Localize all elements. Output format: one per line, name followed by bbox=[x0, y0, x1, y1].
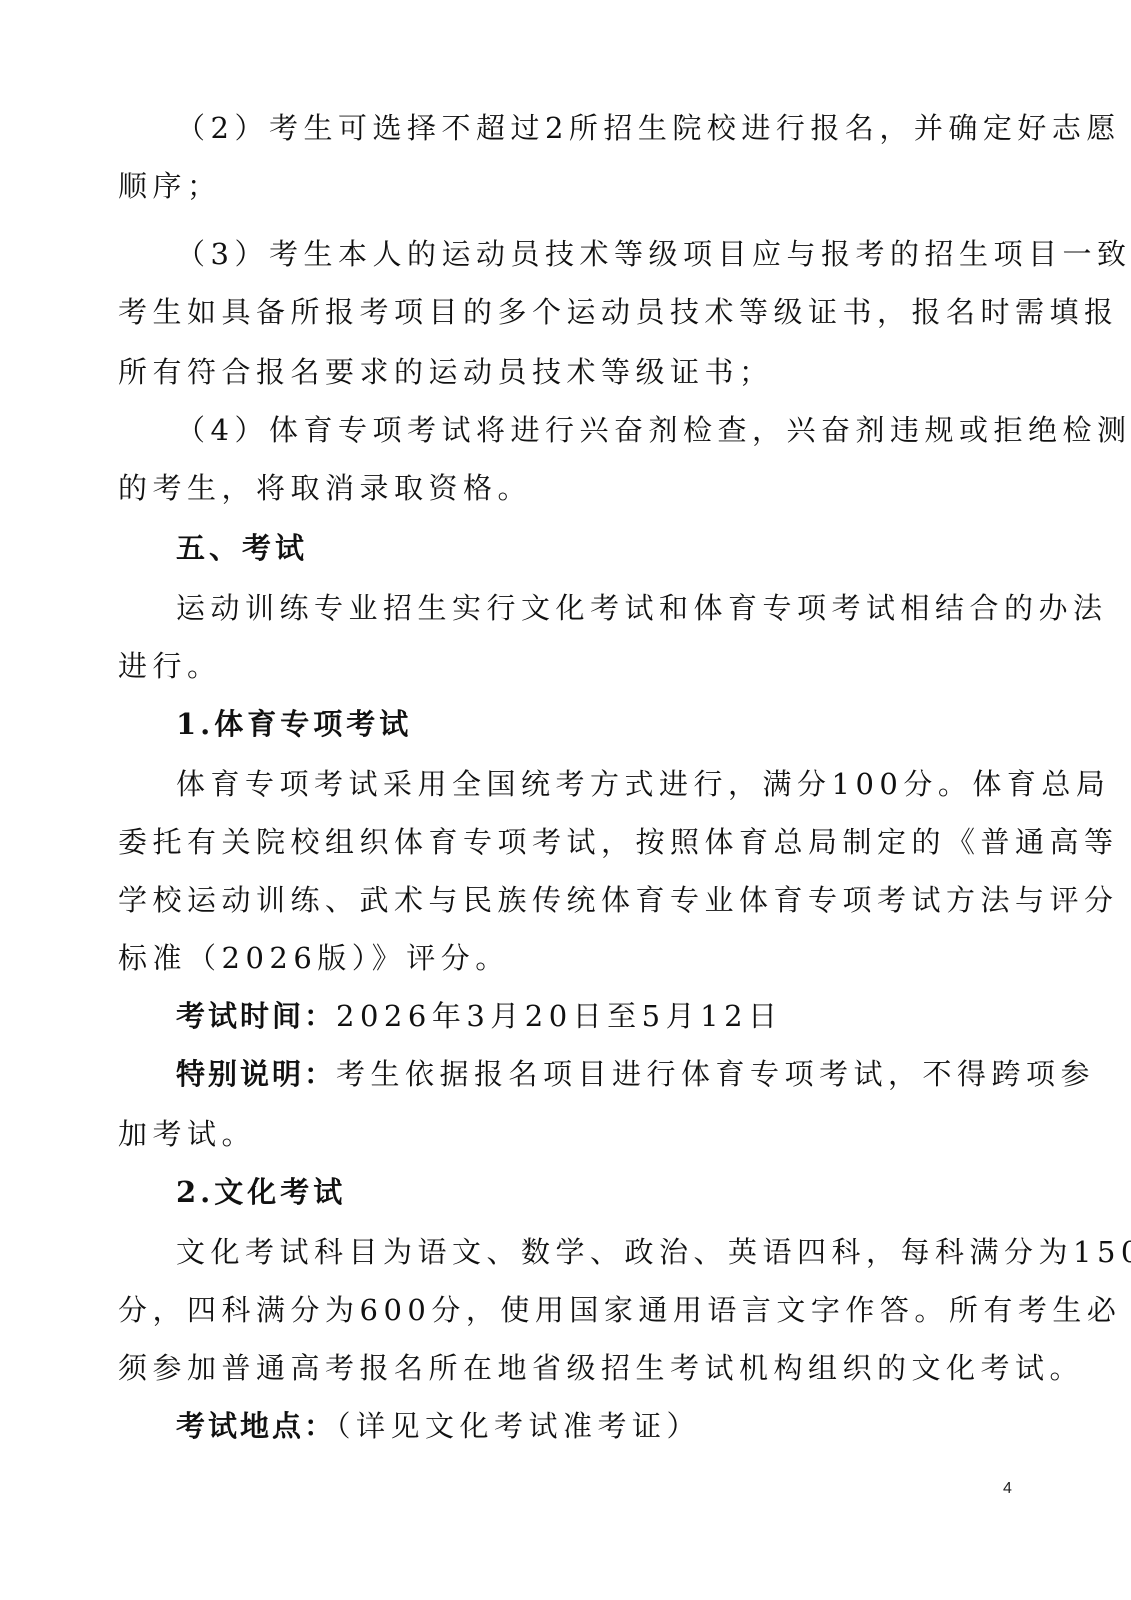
list-item-2-line2: 顺序； bbox=[118, 166, 222, 206]
exam-location-row: 考试地点：（详见文化考试准考证） bbox=[176, 1406, 701, 1446]
list-item-4-line1: （4）体育专项考试将进行兴奋剂检查，兴奋剂违规或拒绝检测 bbox=[176, 410, 1131, 450]
exam-location-label: 考试地点： bbox=[176, 1409, 336, 1443]
list-item-2-line1: （2）考生可选择不超过2所招生院校进行报名，并确定好志愿 bbox=[176, 108, 1121, 148]
list-item-3-line1: （3）考生本人的运动员技术等级项目应与报考的招生项目一致， bbox=[176, 234, 1131, 274]
sports-exam-para-line4: 标准（2026版）》评分。 bbox=[118, 938, 510, 978]
sports-exam-para-line1: 体育专项考试采用全国统考方式进行，满分100分。体育总局 bbox=[176, 764, 1110, 804]
section-intro-line1: 运动训练专业招生实行文化考试和体育专项考试相结合的办法 bbox=[176, 588, 1108, 628]
culture-exam-para-line1: 文化考试科目为语文、数学、政治、英语四科，每科满分为150 bbox=[176, 1232, 1131, 1272]
exam-time-row: 考试时间：2026年3月20日至5月12日 bbox=[176, 996, 783, 1036]
special-note-label: 特别说明： bbox=[176, 1057, 336, 1091]
subsection-heading-sports-exam: 1.体育专项考试 bbox=[176, 704, 412, 744]
sports-exam-para-line2: 委托有关院校组织体育专项考试，按照体育总局制定的《普通高等 bbox=[118, 822, 1119, 862]
exam-location-value: （详见文化考试准考证） bbox=[336, 1409, 701, 1443]
section-heading-exam: 五、考试 bbox=[176, 528, 308, 568]
exam-time-value: 2026年3月20日至5月12日 bbox=[336, 999, 783, 1033]
special-note-row: 特别说明：考生依据报名项目进行体育专项考试，不得跨项参 bbox=[176, 1054, 1095, 1094]
list-item-3-line2: 考生如具备所报考项目的多个运动员技术等级证书，报名时需填报 bbox=[118, 292, 1119, 332]
exam-time-label: 考试时间： bbox=[176, 999, 336, 1033]
subsection-heading-culture-exam: 2.文化考试 bbox=[176, 1172, 346, 1212]
list-item-4-line2: 的考生，将取消录取资格。 bbox=[118, 468, 532, 508]
list-item-3-line3: 所有符合报名要求的运动员技术等级证书； bbox=[118, 352, 774, 392]
special-note-cont: 加考试。 bbox=[118, 1114, 256, 1154]
section-intro-line2: 进行。 bbox=[118, 646, 222, 686]
culture-exam-para-line2: 分，四科满分为600分，使用国家通用语言文字作答。所有考生必 bbox=[118, 1290, 1121, 1330]
sports-exam-para-line3: 学校运动训练、武术与民族传统体育专业体育专项考试方法与评分 bbox=[118, 880, 1119, 920]
page-number: 4 bbox=[1003, 1480, 1012, 1498]
special-note-value: 考生依据报名项目进行体育专项考试，不得跨项参 bbox=[336, 1057, 1095, 1091]
culture-exam-para-line3: 须参加普通高考报名所在地省级招生考试机构组织的文化考试。 bbox=[118, 1348, 1084, 1388]
